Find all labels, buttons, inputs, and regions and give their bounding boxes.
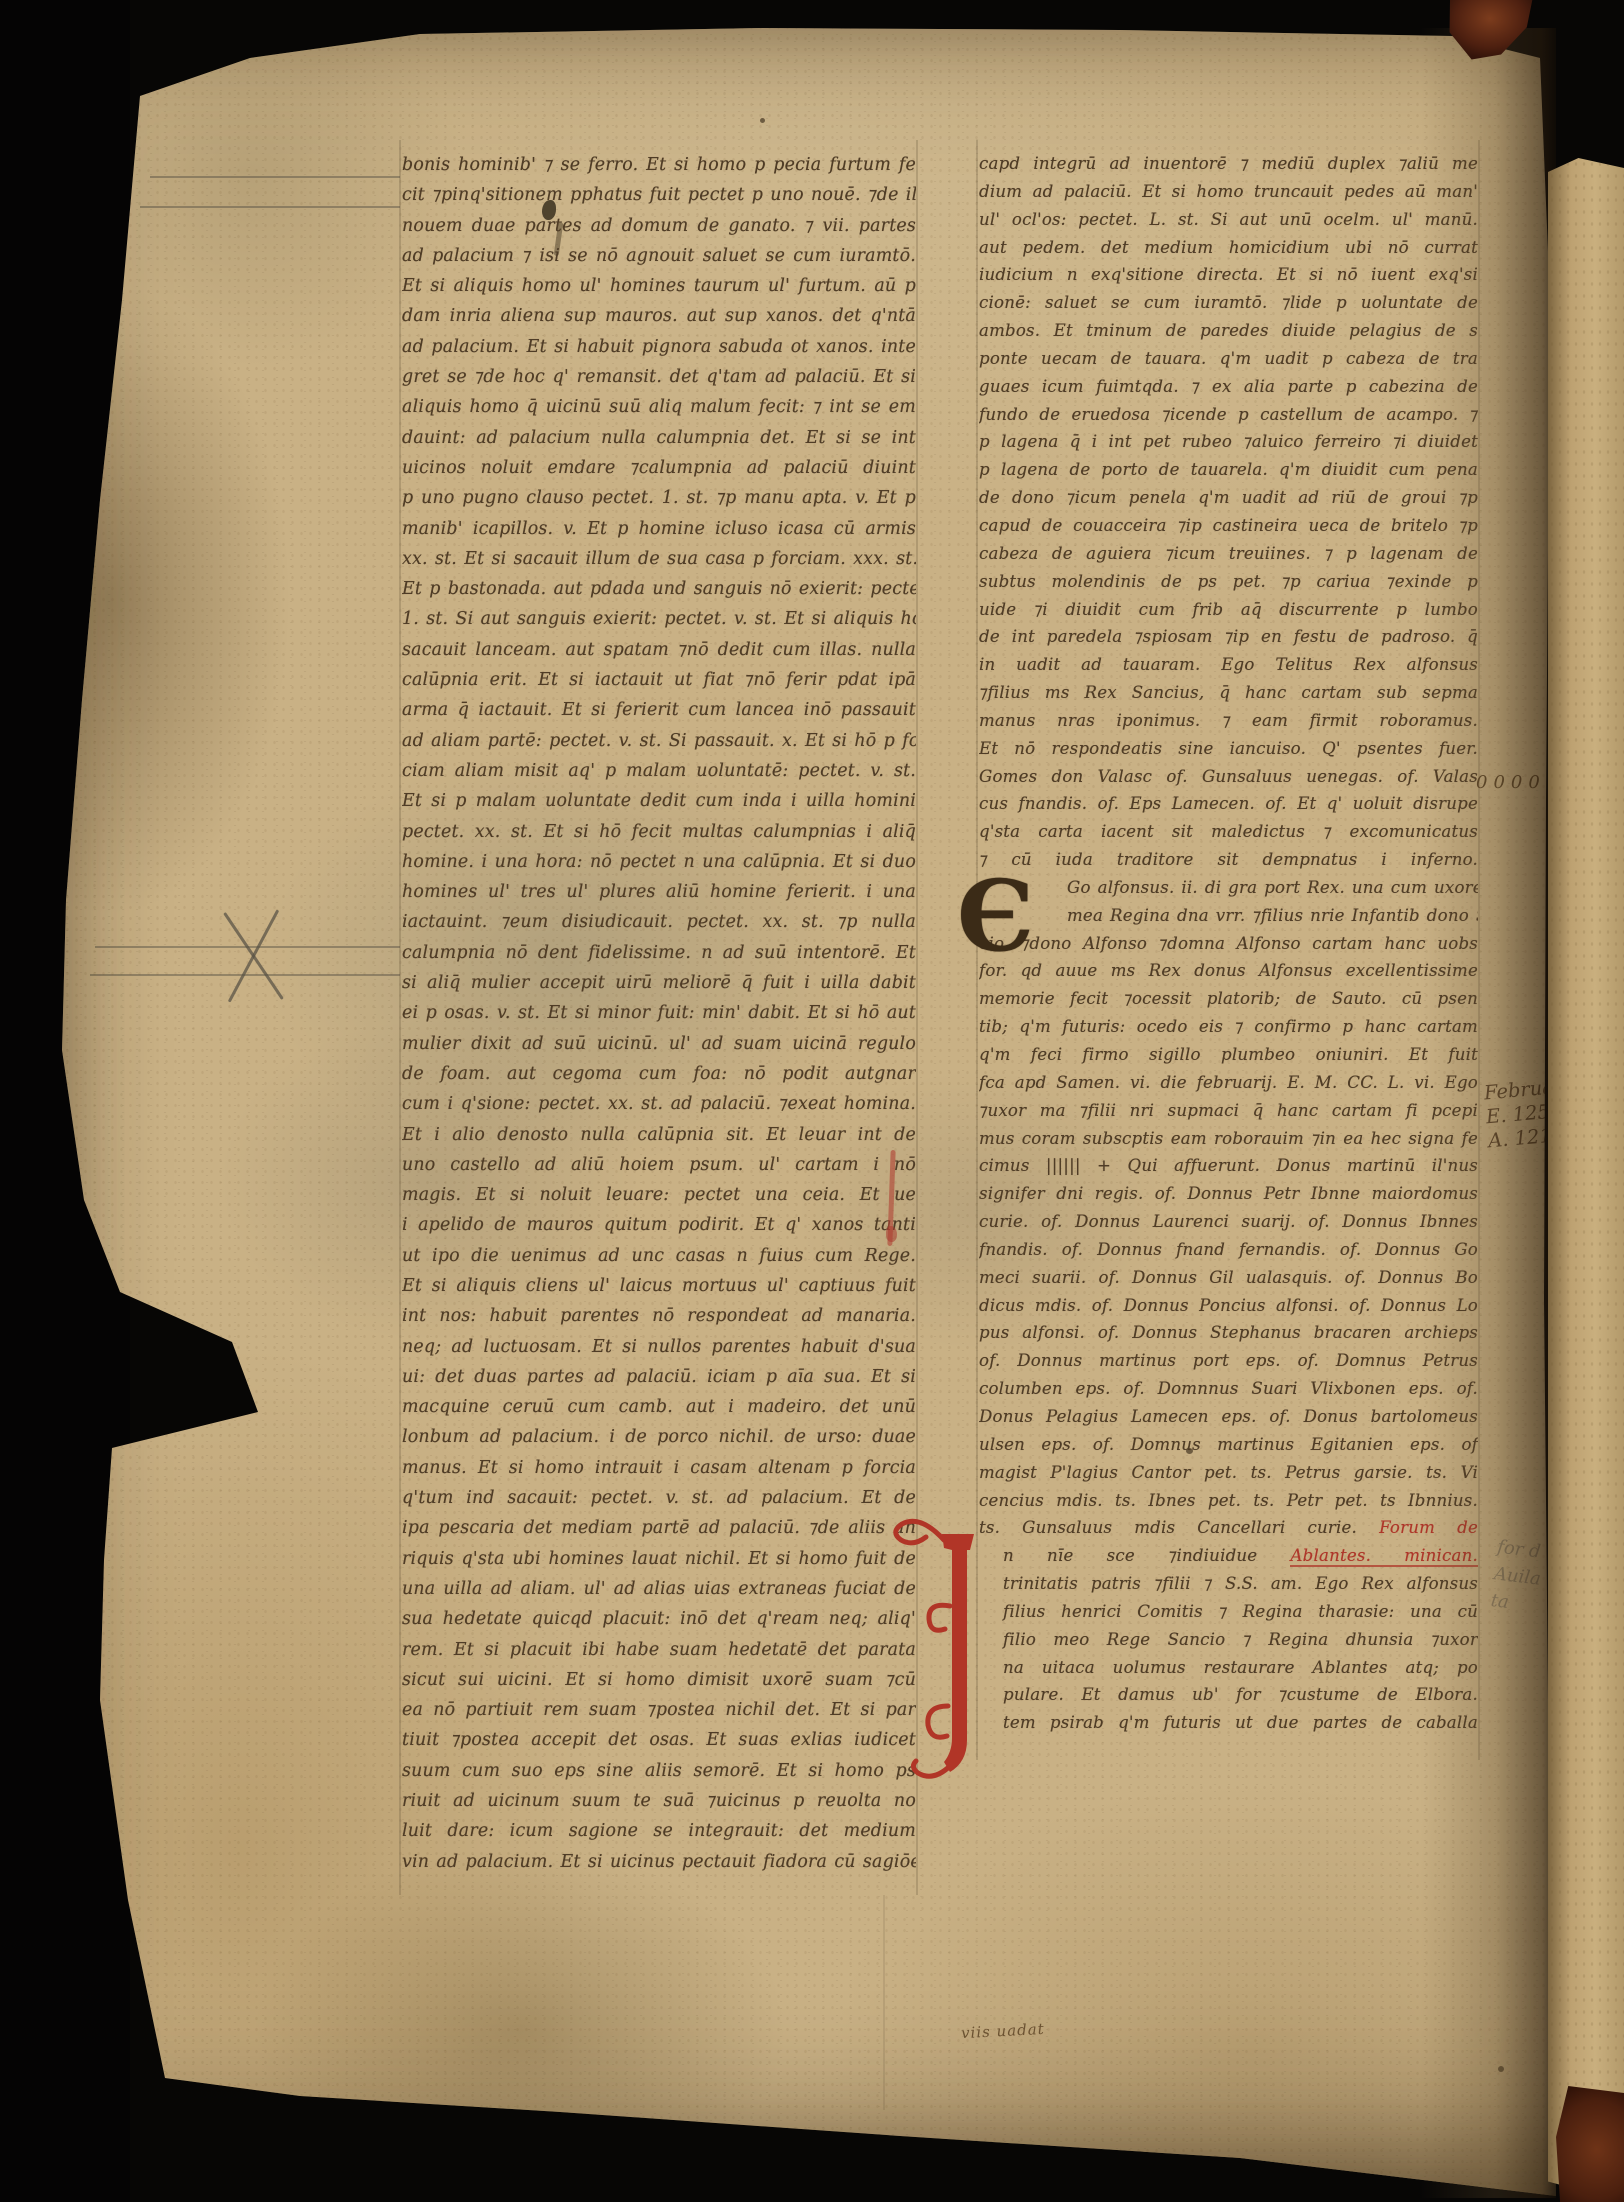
manuscript-photo: bonis hominib' ⁊ se ferro. Et si homo p …: [0, 0, 1624, 2202]
leather-binding-remnant-bottom: [1556, 2086, 1624, 2202]
parchment-page: bonis hominib' ⁊ se ferro. Et si homo p …: [0, 0, 1624, 2202]
next-folio-texture: [1548, 158, 1624, 2202]
binding-fold-shadow: [1420, 28, 1556, 2198]
parchment-edge-shading: [0, 0, 1624, 2202]
next-folio-edge: [1548, 158, 1624, 2202]
